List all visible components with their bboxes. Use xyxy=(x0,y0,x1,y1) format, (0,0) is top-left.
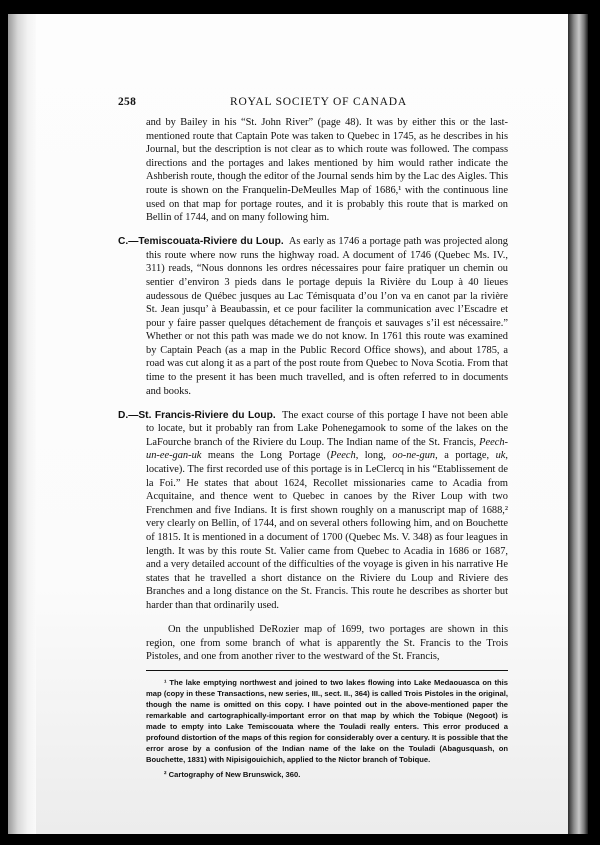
page-left-edge-shadow xyxy=(8,14,36,834)
section-d: D.—St. Francis-Riviere du Loup. The exac… xyxy=(118,409,508,613)
footnote-1: ¹ The lake emptying northwest and joined… xyxy=(146,677,508,765)
section-c-text: As early as 1746 a portage path was proj… xyxy=(146,236,508,397)
paragraph-text: On the unpublished DeRozier map of 1699,… xyxy=(146,623,508,664)
section-d-text-3: , long, xyxy=(356,450,386,461)
term-oo-ne-gun: oo-ne-gun xyxy=(392,450,435,461)
page-number: 258 xyxy=(118,96,136,108)
term-uk: uk xyxy=(496,450,506,461)
footnote-1-text: The lake emptying northwest and joined t… xyxy=(146,678,508,764)
footnote-1-marker: ¹ xyxy=(164,678,167,687)
section-d-text-5: , locative). The first recorded use of t… xyxy=(146,450,508,611)
section-c: C.—Temiscouata-Riviere du Loup. As early… xyxy=(118,235,508,398)
section-d-paragraph: D.—St. Francis-Riviere du Loup. The exac… xyxy=(118,409,508,613)
paragraph-text: and by Bailey in his “St. John River” (p… xyxy=(146,116,508,225)
section-d-heading: D.—St. Francis-Riviere du Loup. xyxy=(118,410,276,421)
section-d-text-4: , a portage, xyxy=(435,450,489,461)
section-c-heading: C.—Temiscouata-Riviere du Loup. xyxy=(118,236,284,247)
closing-paragraph: On the unpublished DeRozier map of 1699,… xyxy=(146,623,508,664)
term-peech: Peech xyxy=(330,450,355,461)
running-header: 258 ROYAL SOCIETY OF CANADA xyxy=(118,96,588,116)
continuation-paragraph: and by Bailey in his “St. John River” (p… xyxy=(146,116,508,225)
page-content: 258 ROYAL SOCIETY OF CANADA and by Baile… xyxy=(118,96,588,780)
footnote-divider xyxy=(146,670,508,671)
footnote-2-marker: ² xyxy=(164,770,167,779)
section-c-paragraph: C.—Temiscouata-Riviere du Loup. As early… xyxy=(118,235,508,398)
section-d-text-2: means the Long Portage ( xyxy=(208,450,330,461)
running-title: ROYAL SOCIETY OF CANADA xyxy=(230,96,407,108)
footnotes: ¹ The lake emptying northwest and joined… xyxy=(146,677,508,780)
footnote-2-text: Cartography of New Brunswick, 360. xyxy=(169,770,301,779)
footnote-2: ² Cartography of New Brunswick, 360. xyxy=(146,769,508,780)
